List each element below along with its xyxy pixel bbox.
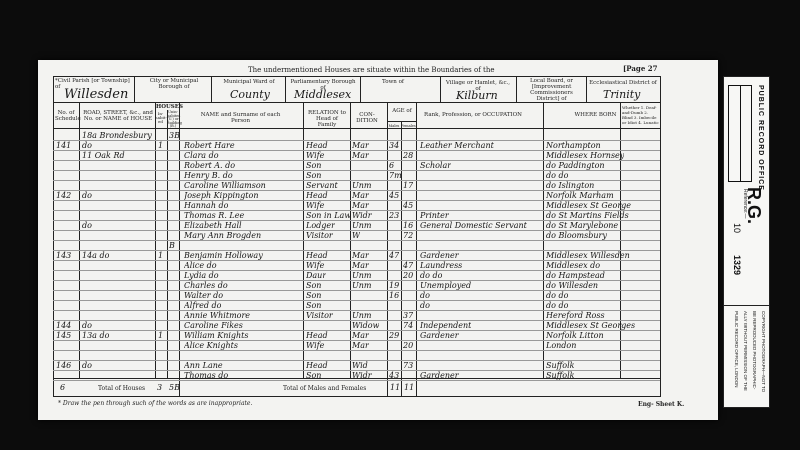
row-road: 18a Brondesbury [82, 131, 152, 140]
row-born: do Paddington [546, 161, 605, 170]
row-occupation: Gardener [420, 331, 459, 340]
row-occupation: General Domestic Servant [420, 221, 527, 230]
row-born: do Hampstead [546, 271, 605, 280]
row-schedule: 145 [56, 331, 71, 340]
total-schedules: 6 [60, 383, 65, 392]
row-houses-uninhabited: 3B [169, 131, 180, 140]
row-age-female: 28 [403, 151, 413, 160]
row-occupation: Leather Merchant [420, 141, 494, 150]
row-age-female: 72 [403, 231, 413, 240]
row-name: Alice Knights [184, 341, 238, 350]
row-age-female: 45 [403, 201, 413, 210]
row-born: do St Marylebone [546, 221, 618, 230]
row-occupation: Printer [420, 211, 449, 220]
row-rule [53, 380, 660, 381]
total-houses-inhabited: 3 [157, 383, 162, 392]
row-name: Ann Lane [184, 361, 223, 370]
row-condition: Mar [352, 251, 369, 260]
row-condition: Unm [352, 271, 371, 280]
row-condition: Mar [352, 151, 369, 160]
field-label-ecclesiastical: Ecclesiastical District of [588, 80, 658, 86]
copyright-line-2: BE REPRODUCED PHOTOGRAPHIC- [752, 311, 757, 389]
row-condition: Unm [352, 221, 371, 230]
row-name: Robert A. do [184, 161, 235, 170]
row-road: do [82, 141, 92, 150]
row-road: do [82, 191, 92, 200]
field-value-parliamentary: Middlesex [294, 88, 351, 101]
row-age-male: 34 [389, 141, 399, 150]
row-born: do do [546, 171, 568, 180]
row-age-female: 20 [403, 341, 413, 350]
field-value-ward: County [230, 88, 270, 101]
row-road: do [82, 321, 92, 330]
total-persons-label: Total of Males and Females [283, 385, 366, 392]
row-relation: Lodger [306, 221, 335, 230]
col-age-females: Females [401, 123, 415, 129]
row-age-male: 7m [389, 171, 402, 180]
row-schedule: 141 [56, 141, 71, 150]
row-name: Caroline Fikes [184, 321, 243, 330]
row-condition: W [352, 231, 360, 240]
row-born: Suffolk [546, 361, 575, 370]
total-houses-uninhabited: 5B [169, 383, 180, 392]
row-name: Caroline Williamson [184, 181, 266, 190]
row-born: London [546, 341, 576, 350]
frame-top [53, 76, 660, 77]
row-condition: Unm [352, 281, 371, 290]
row-age-male: 45 [389, 191, 399, 200]
row-name: Alice do [184, 261, 217, 270]
row-relation: Son [306, 171, 321, 180]
total-females: 11 [404, 383, 414, 392]
row-born: do Bloomsbury [546, 231, 607, 240]
row-relation: Son [306, 281, 321, 290]
row-occupation: Scholar [420, 161, 451, 170]
row-occupation: Laundress [420, 261, 462, 270]
row-relation: Servant [306, 181, 338, 190]
row-relation: Son [306, 161, 321, 170]
divider [516, 76, 517, 102]
divider [740, 86, 741, 181]
footer-note: * Draw the pen through such of the words… [58, 400, 252, 407]
row-born: Middlesex Hornsey [546, 151, 624, 160]
row-relation: Wife [306, 341, 324, 350]
row-road: do [82, 361, 92, 370]
row-condition: Unm [352, 311, 371, 320]
row-occupation: do [420, 291, 430, 300]
col-houses-uninhabited: Unin-habited (U.) or Building (B.) [167, 111, 179, 129]
row-road: 11 Oak Rd [82, 151, 125, 160]
row-age-male: 23 [389, 211, 399, 220]
row-age-female: 74 [403, 321, 413, 330]
row-name: Elizabeth Hall [184, 221, 242, 230]
row-name: Thomas R. Lee [184, 211, 244, 220]
row-name: Charles do [184, 281, 228, 290]
col-relation: RELATION to Head of Family [306, 110, 348, 128]
row-relation: Head [306, 191, 328, 200]
frame-right [660, 76, 661, 396]
row-relation: Wife [306, 201, 324, 210]
piece-number: 10 [732, 223, 742, 233]
divider [53, 378, 660, 379]
row-name: Walter do [184, 291, 223, 300]
col-schedule: No. of Schedule [55, 110, 77, 122]
row-rule [53, 290, 660, 291]
row-age-male: 47 [389, 251, 399, 260]
measurement-scale [728, 85, 752, 182]
row-name: Clara do [184, 151, 219, 160]
row-road: 14a do [82, 251, 109, 260]
field-label-borough: City or Municipal Borough of [138, 78, 210, 90]
row-relation: Son [306, 301, 321, 310]
row-condition: Mar [352, 191, 369, 200]
row-road: 13a do [82, 331, 109, 340]
row-born: do Willesden [546, 281, 598, 290]
row-born: Middlesex Willesden [546, 251, 630, 260]
row-name: Benjamin Holloway [184, 251, 263, 260]
row-born: Middlesex St George [546, 201, 631, 210]
copyright-line-1: COPYRIGHT PHOTOGRAPH—NOT TO [761, 311, 766, 392]
row-schedule: 146 [56, 361, 71, 370]
row-age-female: 20 [403, 271, 413, 280]
divider [586, 76, 587, 102]
record-office-label: PUBLIC RECORD OFFICE [757, 85, 764, 191]
row-name: Henry B. do [184, 171, 233, 180]
row-relation: Wife [306, 261, 324, 270]
row-condition: Widow [352, 321, 379, 330]
row-houses-inhabited: 1 [158, 141, 163, 150]
divider [360, 76, 361, 102]
row-name: Hannah do [184, 201, 228, 210]
row-born: do do [546, 301, 568, 310]
row-relation: Wife [306, 151, 324, 160]
row-occupation: do do [420, 271, 442, 280]
row-relation: Visitor [306, 311, 333, 320]
row-age-male: 19 [389, 281, 399, 290]
col-occupation: Rank, Profession, or OCCUPATION [423, 112, 523, 118]
row-condition: Wid [352, 361, 368, 370]
row-age-male: 16 [389, 291, 399, 300]
col-whether: Whether 1. Deaf-and-Dumb 2. Blind 3. Imb… [622, 105, 659, 125]
col-road: ROAD, STREET, &c., and No. or NAME of HO… [83, 110, 153, 122]
row-relation: Head [306, 361, 328, 370]
col-age-males: Males [387, 123, 401, 129]
row-age-female: 17 [403, 181, 413, 190]
row-relation: Visitor [306, 231, 333, 240]
copyright-line-4: PUBLIC RECORD OFFICE, LONDON [734, 311, 739, 388]
row-age-female: 37 [403, 311, 413, 320]
row-condition: Mar [352, 331, 369, 340]
row-born: Norfolk Litton [546, 331, 604, 340]
divider [440, 76, 441, 102]
row-condition: Unm [352, 181, 371, 190]
row-name: Robert Hare [184, 141, 235, 150]
row-age-male: 29 [389, 331, 399, 340]
row-relation: Son [306, 291, 321, 300]
col-condition: CON-DITION [352, 112, 382, 124]
row-name: Lydia do [184, 271, 219, 280]
field-label-town: Town of [368, 79, 418, 85]
divider [53, 102, 660, 103]
row-rule [53, 300, 660, 301]
total-houses-label: Total of Houses [98, 385, 145, 392]
divider [53, 128, 660, 129]
row-condition: Mar [352, 201, 369, 210]
row-born: Norfolk Marham [546, 191, 614, 200]
frame-left [53, 76, 54, 396]
row-condition: Mar [352, 341, 369, 350]
row-condition: Widr [352, 211, 372, 220]
divider [387, 121, 416, 122]
row-rule [53, 170, 660, 171]
row-name: Mary Ann Brogden [184, 231, 261, 240]
page-label: [Page 27 [623, 64, 657, 73]
row-houses-inhabited: 1 [158, 251, 163, 260]
row-born: Middlesex do [546, 261, 600, 270]
row-age-female: 47 [403, 261, 413, 270]
row-occupation: Gardener [420, 251, 459, 260]
row-relation: Daur [306, 271, 326, 280]
row-schedule: 144 [56, 321, 71, 330]
row-born: do do [546, 291, 568, 300]
row-name: Joseph Kippington [184, 191, 258, 200]
divider [134, 76, 135, 102]
frame-bottom [53, 396, 661, 397]
row-age-female: 73 [403, 361, 413, 370]
copyright-line-3: ALLY WITHOUT PERMISSION OF THE [743, 311, 748, 391]
row-name: William Knights [184, 331, 249, 340]
field-value-village: Kilburn [456, 89, 498, 102]
row-born: do Islington [546, 181, 594, 190]
row-occupation: Independent [420, 321, 471, 330]
row-occupation: do [420, 301, 430, 310]
row-schedule: 143 [56, 251, 71, 260]
divider [285, 76, 286, 102]
divider [724, 305, 769, 306]
sheet-label: Eng- Sheet K. [638, 401, 684, 408]
row-condition: Mar [352, 261, 369, 270]
field-label-local-board: Local Board, or [Improvement Commissione… [519, 78, 584, 102]
row-houses-uninhabited: B [169, 241, 175, 250]
class-code: R.G. [743, 187, 764, 224]
row-born: do St Martins Fields [546, 211, 629, 220]
row-schedule: 142 [56, 191, 71, 200]
row-rule [53, 240, 660, 241]
census-page: The undermentioned Houses are situate wi… [38, 60, 718, 420]
row-relation: Head [306, 331, 328, 340]
header-banner: The undermentioned Houses are situate wi… [248, 66, 495, 74]
field-label-ward: Municipal Ward of [214, 79, 284, 85]
row-name: Alfred do [184, 301, 221, 310]
row-age-male: 6 [389, 161, 394, 170]
divider [401, 121, 402, 397]
row-occupation: Unemployed [420, 281, 471, 290]
field-value-parish: Willesden [64, 87, 128, 102]
row-born: Northampton [546, 141, 601, 150]
row-relation: Head [306, 141, 328, 150]
row-name: Annie Whitmore [184, 311, 250, 320]
col-age: AGE of [388, 108, 416, 114]
row-road: do [82, 221, 92, 230]
reference-card: PUBLIC RECORD OFFICE Reference:— R.G. 10… [723, 76, 770, 408]
divider [211, 76, 212, 102]
row-born: Middlesex St Georges [546, 321, 635, 330]
row-houses-inhabited: 1 [158, 331, 163, 340]
row-age-female: 16 [403, 221, 413, 230]
col-name: NAME and Surname of each Person [193, 112, 288, 124]
row-relation: Son in Law [306, 211, 351, 220]
col-houses-inhabited: In-habit-ed [155, 112, 166, 124]
row-condition: Mar [352, 141, 369, 150]
field-value-ecclesiastical: Trinity [603, 88, 640, 101]
total-males: 11 [390, 383, 400, 392]
row-born: Hereford Ross [546, 311, 605, 320]
folio-reference: 1329 [732, 255, 742, 275]
row-rule [53, 350, 660, 351]
row-relation: Head [306, 251, 328, 260]
